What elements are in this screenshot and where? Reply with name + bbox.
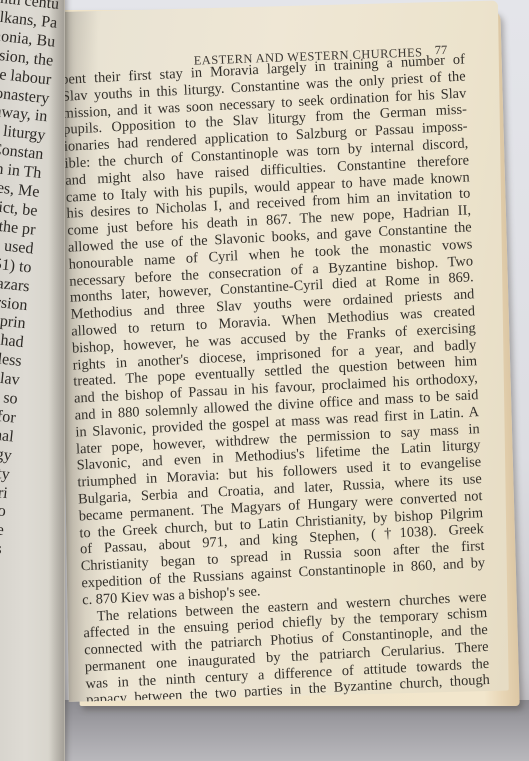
table-surface-shadow — [0, 700, 529, 761]
page-curl-shadow — [48, 0, 64, 761]
left-page-curled: the ninth centu the Balkans, Pa and Pann… — [0, 0, 65, 761]
body-text: pent their first stay in Moravia largely… — [61, 51, 490, 701]
right-page: EASTERN AND WESTERN CHURCHES 77 pent the… — [58, 0, 509, 701]
